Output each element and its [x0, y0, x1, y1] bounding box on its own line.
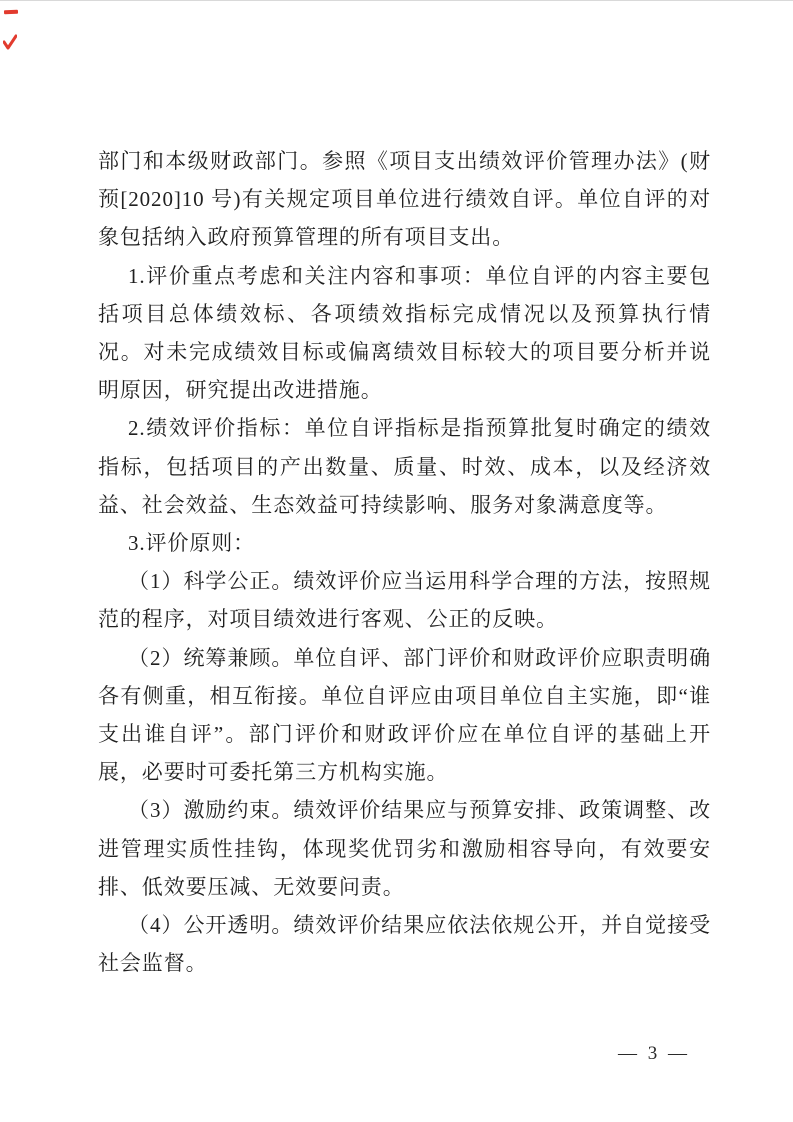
red-pen-tick-mark — [3, 34, 17, 50]
paragraph: （1）科学公正。绩效评价应当运用科学合理的方法，按照规范的程序，对项目绩效进行客… — [98, 562, 711, 638]
paragraph: （2）统筹兼顾。单位自评、部门评价和财政评价应职责明确各有侧重，相互衔接。单位自… — [98, 639, 711, 792]
paragraph: 2.绩效评价指标：单位自评指标是指预算批复时确定的绩效指标，包括项目的产出数量、… — [98, 409, 711, 524]
scan-edge-artifact — [0, 0, 793, 1]
document-page: 部门和本级财政部门。参照《项目支出绩效评价管理办法》(财预[2020]10 号)… — [0, 0, 793, 1122]
paragraph: 3.评价原则： — [98, 524, 711, 562]
red-pen-dash-mark — [4, 10, 18, 14]
paragraph: （3）激励约束。绩效评价结果应与预算安排、政策调整、改进管理实质性挂钩，体现奖优… — [98, 791, 711, 906]
page-number: — 3 — — [0, 1043, 690, 1065]
paragraph: （4）公开透明。绩效评价结果应依法依规公开，并自觉接受社会监督。 — [98, 906, 711, 982]
paragraph: 部门和本级财政部门。参照《项目支出绩效评价管理办法》(财预[2020]10 号)… — [98, 142, 711, 257]
paragraph: 1.评价重点考虑和关注内容和事项：单位自评的内容主要包括项目总体绩效标、各项绩效… — [98, 257, 711, 410]
document-body: 部门和本级财政部门。参照《项目支出绩效评价管理办法》(财预[2020]10 号)… — [98, 142, 711, 982]
